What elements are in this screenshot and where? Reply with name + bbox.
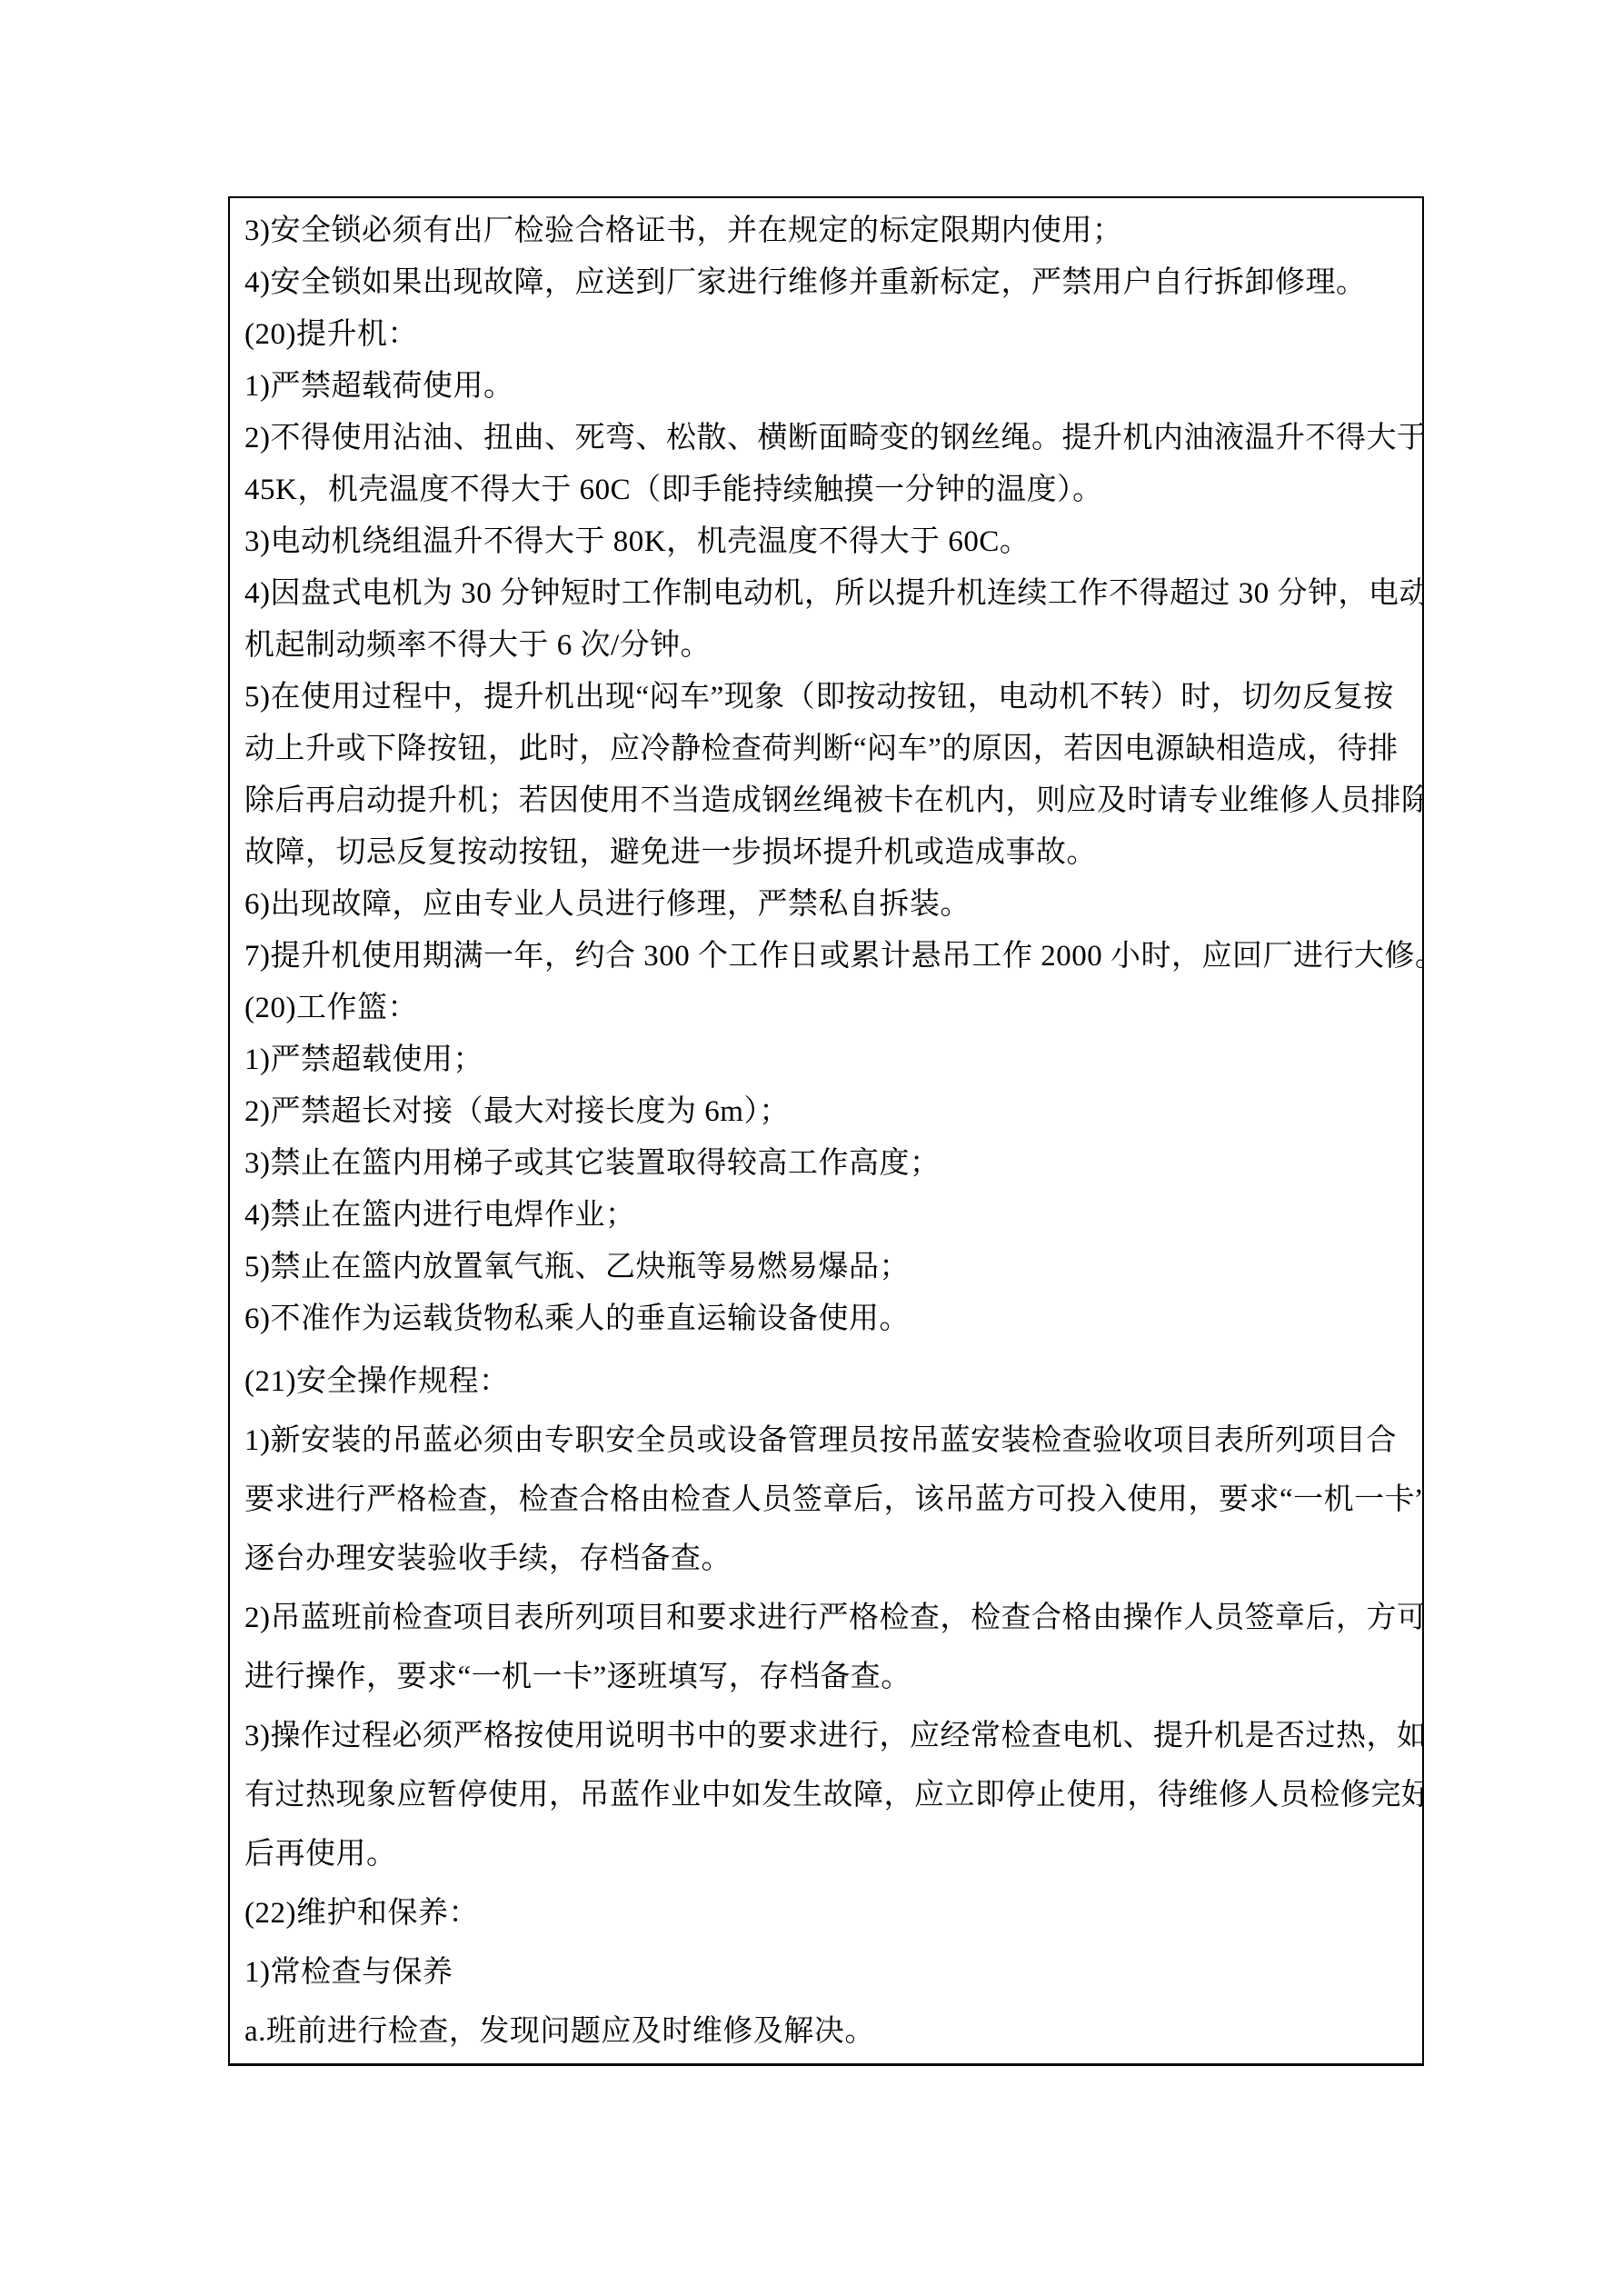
text-line: 机起制动频率不得大于 6 次/分钟。 <box>244 620 1411 672</box>
text-line: 1)严禁超载荷使用。 <box>244 361 1411 413</box>
text-line: 除后再启动提升机；若因使用不当造成钢丝绳被卡在机内，则应及时请专业维修人员排除 <box>244 775 1411 827</box>
text-line: 5)在使用过程中，提升机出现“闷车”现象（即按动按钮，电动机不转）时，切勿反复按 <box>244 672 1411 724</box>
document-page: 3)安全锁必须有出厂检验合格证书，并在规定的标定限期内使用；4)安全锁如果出现故… <box>0 0 1623 2296</box>
text-line: 逐台办理安装验收手续，存档备查。 <box>244 1530 1411 1589</box>
text-line: 4)禁止在篮内进行电焊作业； <box>244 1190 1411 1242</box>
text-line: 4)安全锁如果出现故障，应送到厂家进行维修并重新标定，严禁用户自行拆卸修理。 <box>244 257 1411 309</box>
text-line: 2)吊蓝班前检查项目表所列项目和要求进行严格检查，检查合格由操作人员签章后，方可 <box>244 1589 1411 1648</box>
text-line: (22)维护和保养： <box>244 1884 1411 1943</box>
text-line: 2)不得使用沾油、扭曲、死弯、松散、横断面畸变的钢丝绳。提升机内油液温升不得大于 <box>244 413 1411 464</box>
text-line: 3)禁止在篮内用梯子或其它装置取得较高工作高度； <box>244 1138 1411 1190</box>
text-line: 有过热现象应暂停使用，吊蓝作业中如发生故障，应立即停止使用，待维修人员检修完好 <box>244 1766 1411 1825</box>
safety-lock-and-hoist-section: 3)安全锁必须有出厂检验合格证书，并在规定的标定限期内使用；4)安全锁如果出现故… <box>244 205 1411 1345</box>
text-line: 3)安全锁必须有出厂检验合格证书，并在规定的标定限期内使用； <box>244 205 1411 257</box>
text-line: (20)工作篮： <box>244 983 1411 1034</box>
text-line: 6)出现故障，应由专业人员进行修理，严禁私自拆装。 <box>244 879 1411 931</box>
text-line: 故障，切忌反复按动按钮，避免进一步损坏提升机或造成事故。 <box>244 827 1411 879</box>
text-line: 7)提升机使用期满一年，约合 300 个工作日或累计悬吊工作 2000 小时，应… <box>244 931 1411 983</box>
text-line: 1)新安装的吊蓝必须由专职安全员或设备管理员按吊蓝安装检查验收项目表所列项目合 <box>244 1412 1411 1471</box>
bordered-text-cell: 3)安全锁必须有出厂检验合格证书，并在规定的标定限期内使用；4)安全锁如果出现故… <box>228 196 1424 2066</box>
text-line: 1)严禁超载使用； <box>244 1034 1411 1086</box>
text-line: 3)操作过程必须严格按使用说明书中的要求进行，应经常检查电机、提升机是否过热，如 <box>244 1707 1411 1766</box>
text-line: (21)安全操作规程： <box>244 1353 1411 1412</box>
text-line: 45K，机壳温度不得大于 60C（即手能持续触摸一分钟的温度）。 <box>244 464 1411 516</box>
text-line: 6)不准作为运载货物私乘人的垂直运输设备使用。 <box>244 1293 1411 1345</box>
text-line: 进行操作，要求“一机一卡”逐班填写，存档备查。 <box>244 1648 1411 1707</box>
text-line: 1)常检查与保养 <box>244 1943 1411 2002</box>
text-line: a.班前进行检查，发现问题应及时维修及解决。 <box>244 2002 1411 2061</box>
text-line: 3)电动机绕组温升不得大于 80K，机壳温度不得大于 60C。 <box>244 516 1411 568</box>
text-line: 要求进行严格检查，检查合格由检查人员签章后，该吊蓝方可投入使用，要求“一机一卡”… <box>244 1471 1411 1530</box>
operation-and-maintenance-section: (21)安全操作规程：1)新安装的吊蓝必须由专职安全员或设备管理员按吊蓝安装检查… <box>244 1353 1411 2061</box>
text-line: 4)因盘式电机为 30 分钟短时工作制电动机，所以提升机连续工作不得超过 30 … <box>244 568 1411 620</box>
text-line: 5)禁止在篮内放置氧气瓶、乙炔瓶等易燃易爆品； <box>244 1242 1411 1293</box>
text-line: 2)严禁超长对接（最大对接长度为 6m）； <box>244 1086 1411 1138</box>
text-line: 动上升或下降按钮，此时，应冷静检查荷判断“闷车”的原因，若因电源缺相造成，待排 <box>244 724 1411 775</box>
text-line: (20)提升机： <box>244 309 1411 361</box>
text-line: 后再使用。 <box>244 1825 1411 1884</box>
